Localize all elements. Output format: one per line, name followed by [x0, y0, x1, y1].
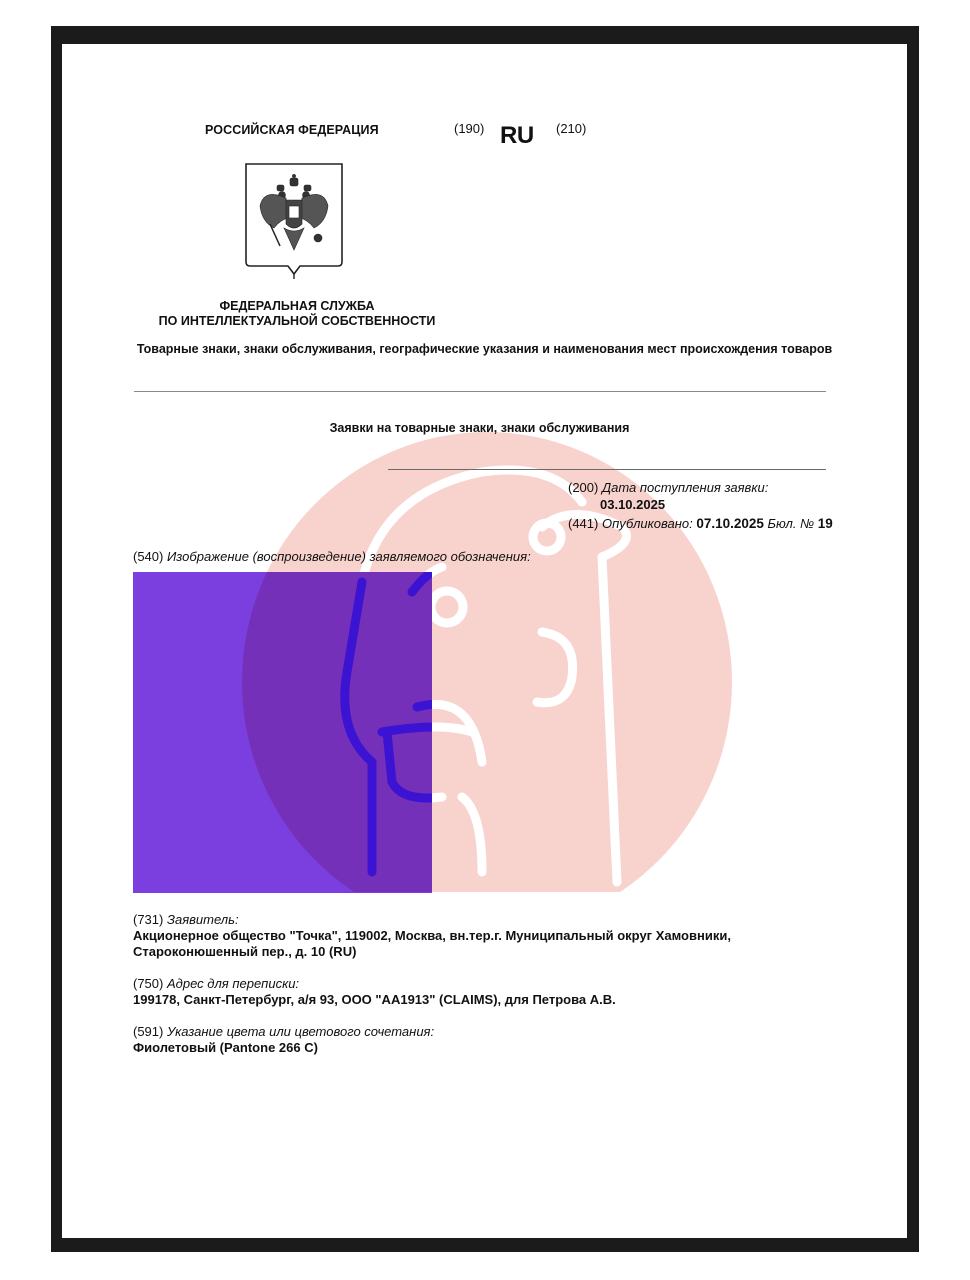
correspondence-address: 199178, Санкт-Петербург, а/я 93, ООО "АА… — [133, 992, 853, 1008]
field-750-label: Адрес для переписки: — [167, 976, 299, 991]
field-591-label: Указание цвета или цветового сочетания: — [167, 1024, 434, 1039]
field-750-code: (750) — [133, 976, 163, 991]
field-731-label: Заявитель: — [167, 912, 239, 927]
trademark-image — [133, 572, 432, 893]
agency-line-2: ПО ИНТЕЛЛЕКТУАЛЬНОЙ СОБСТВЕННОСТИ — [122, 314, 472, 329]
field-591: (591) Указание цвета или цветового сочет… — [133, 1024, 853, 1056]
field-750: (750) Адрес для переписки: 199178, Санкт… — [133, 976, 853, 1008]
filing-date: 03.10.2025 — [600, 497, 665, 512]
code-190: (190) — [454, 121, 484, 136]
divider — [388, 469, 826, 470]
code-210: (210) — [556, 121, 586, 136]
field-200-code: (200) — [568, 480, 598, 495]
field-441-label: Опубликовано: — [602, 516, 693, 531]
applicant: Акционерное общество "Точка", 119002, Мо… — [133, 928, 853, 960]
field-441: (441) Опубликовано: 07.10.2025 Бюл. № 19 — [568, 516, 833, 531]
field-540: (540) Изображение (воспроизведение) заяв… — [133, 549, 531, 564]
field-591-code: (591) — [133, 1024, 163, 1039]
field-441-code: (441) — [568, 516, 598, 531]
field-731-code: (731) — [133, 912, 163, 927]
bulletin-number: 19 — [818, 516, 833, 531]
document-page: РОССИЙСКАЯ ФЕДЕРАЦИЯ (190) RU (210) — [62, 44, 907, 1238]
publication-date: 07.10.2025 — [696, 516, 764, 531]
country-code: RU — [500, 122, 534, 150]
field-731: (731) Заявитель: Акционерное общество "Т… — [133, 912, 853, 960]
document-subtitle: Товарные знаки, знаки обслуживания, геог… — [62, 342, 907, 356]
section-title: Заявки на товарные знаки, знаки обслужив… — [62, 421, 897, 435]
field-200: (200) Дата поступления заявки: — [568, 480, 768, 495]
field-200-label: Дата поступления заявки: — [602, 480, 768, 495]
agency-line-1: ФЕДЕРАЛЬНАЯ СЛУЖБА — [122, 299, 472, 314]
agency-name: ФЕДЕРАЛЬНАЯ СЛУЖБА ПО ИНТЕЛЛЕКТУАЛЬНОЙ С… — [122, 299, 472, 329]
field-540-code: (540) — [133, 549, 163, 564]
russian-coat-of-arms-icon — [244, 162, 344, 280]
divider — [134, 391, 826, 392]
field-540-label: Изображение (воспроизведение) заявляемог… — [167, 549, 531, 564]
country-name: РОССИЙСКАЯ ФЕДЕРАЦИЯ — [205, 123, 379, 137]
bulletin-label: Бюл. № — [768, 516, 815, 531]
color-indication: Фиолетовый (Pantone 266 C) — [133, 1040, 853, 1056]
